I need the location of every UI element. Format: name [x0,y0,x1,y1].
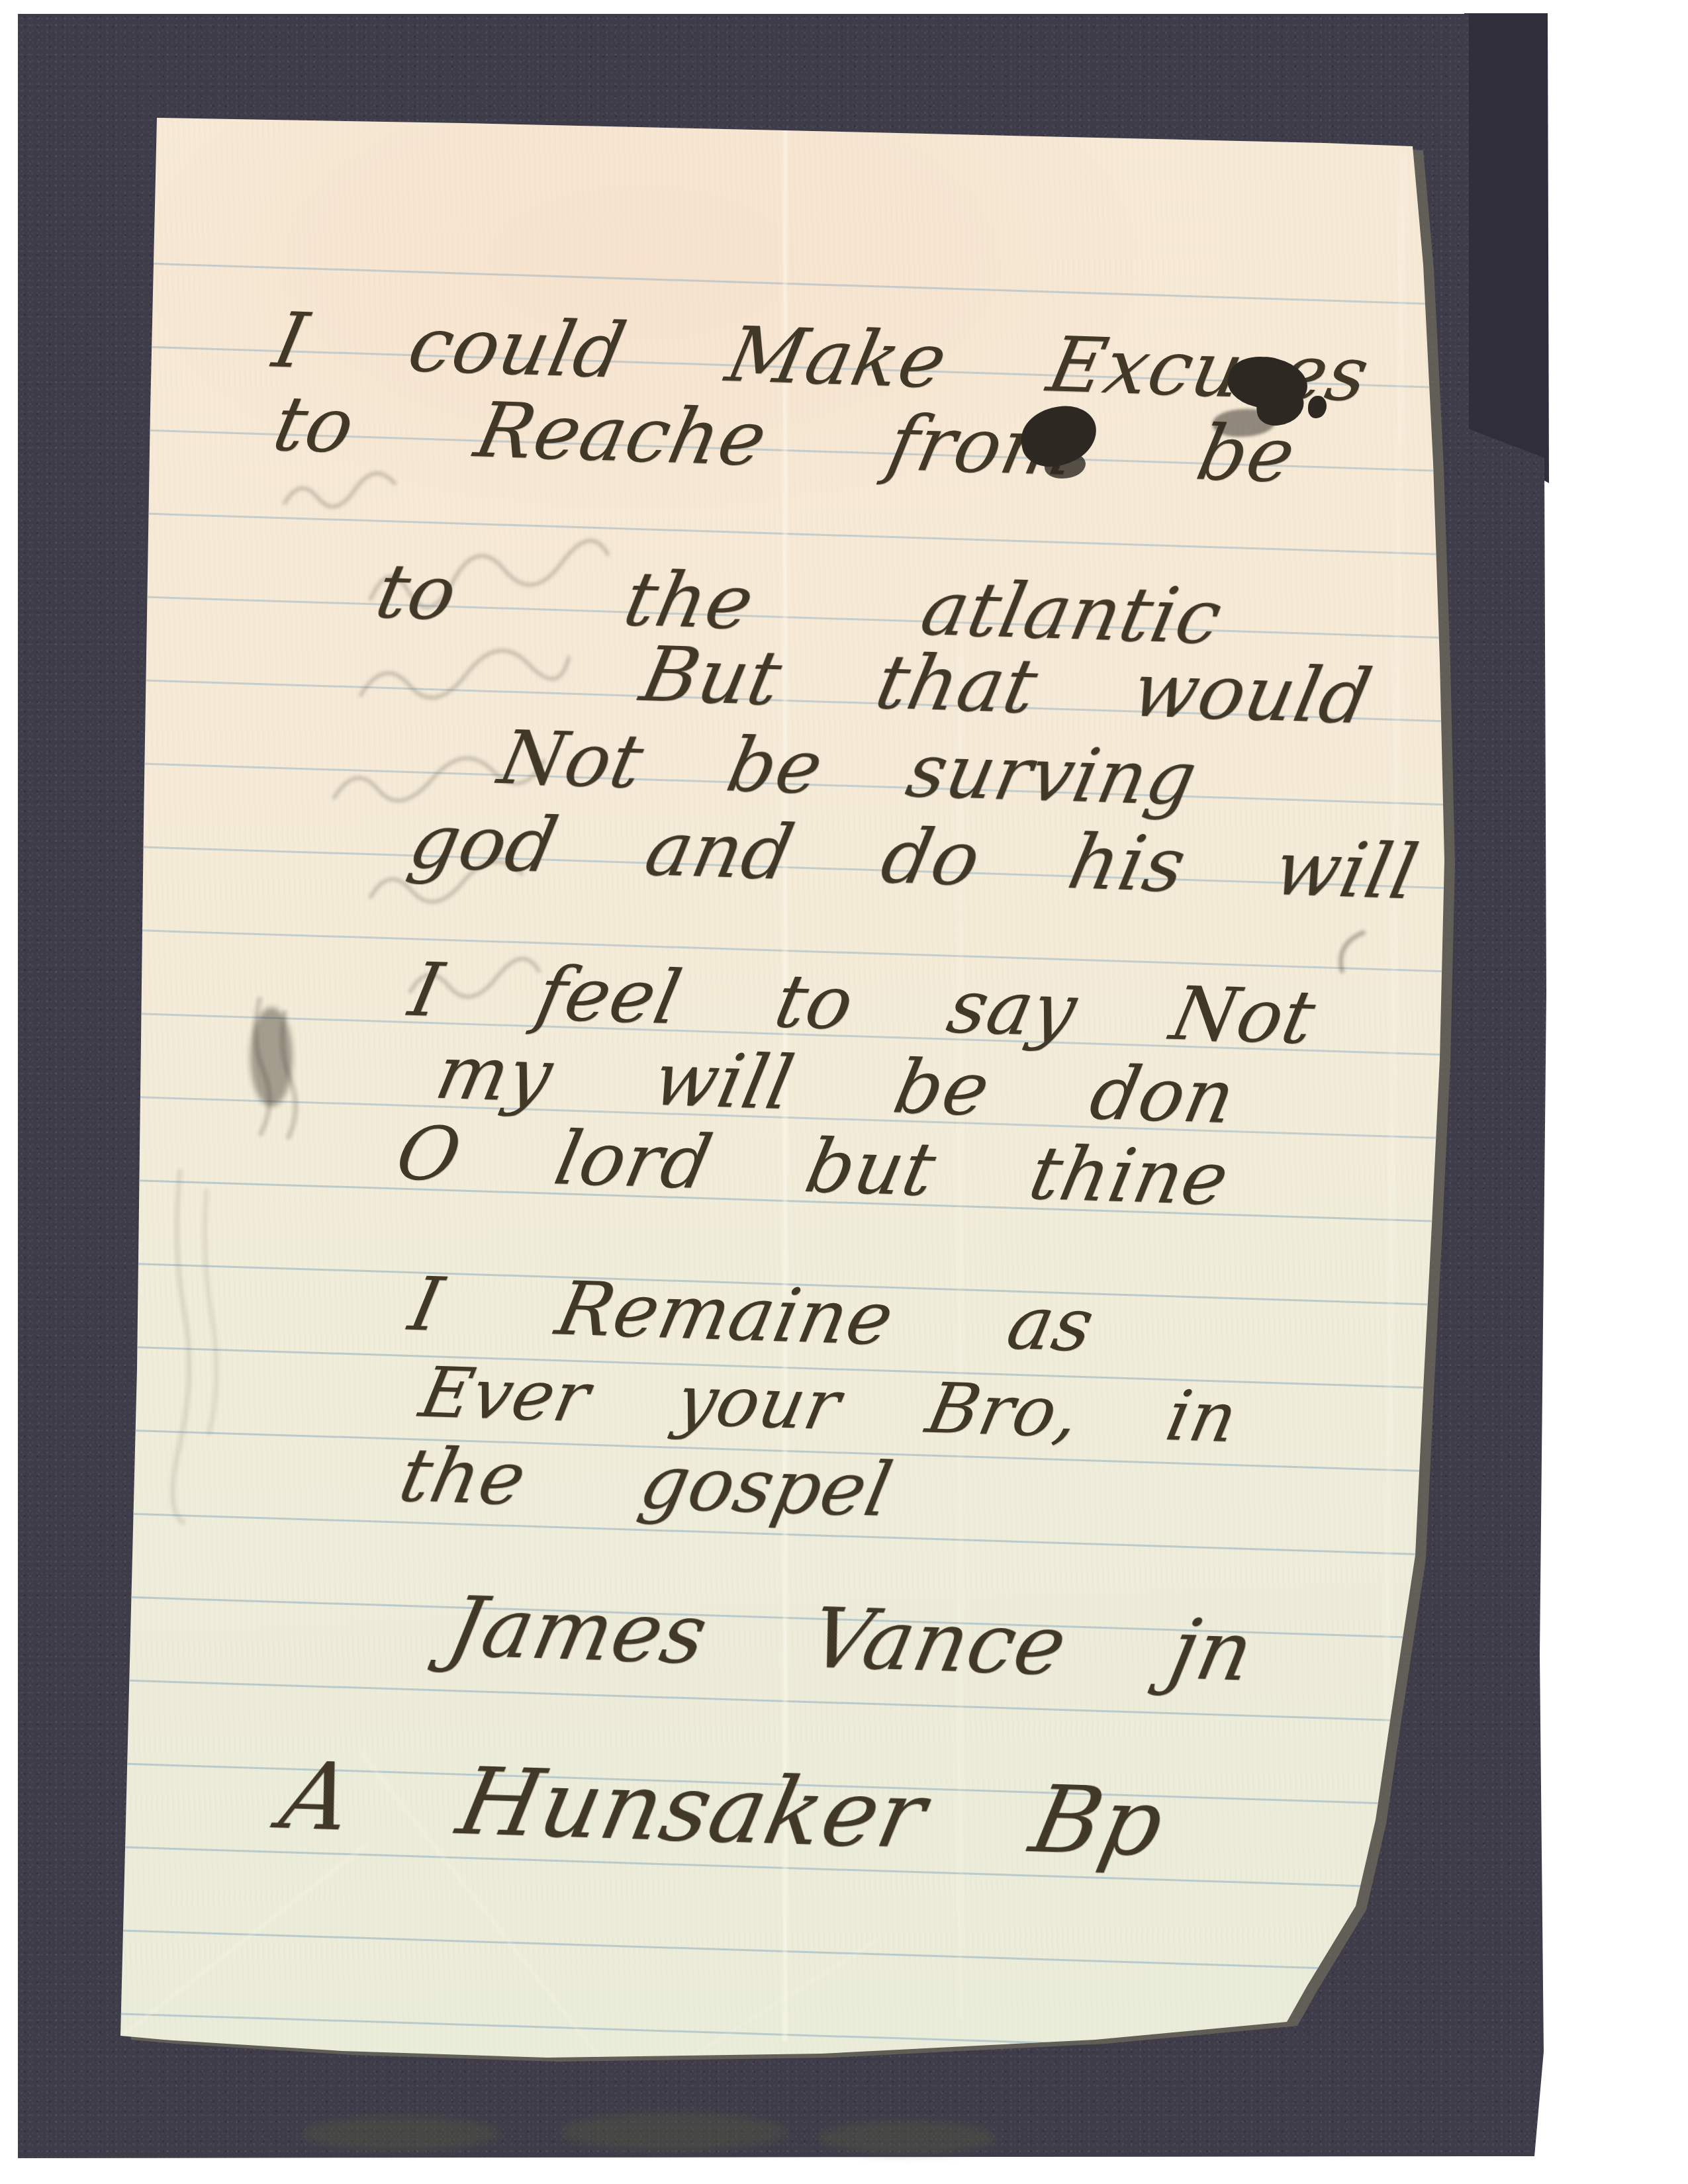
stamp-smudge [301,2116,500,2151]
handwriting-line: the gospel [393,1432,900,1533]
ink-blot [250,1007,293,1107]
stamp-smudge [559,2113,788,2151]
scan-background: I could Make Excuses to Reache from be t… [0,0,1688,2184]
stamp-smudge [818,2121,996,2154]
